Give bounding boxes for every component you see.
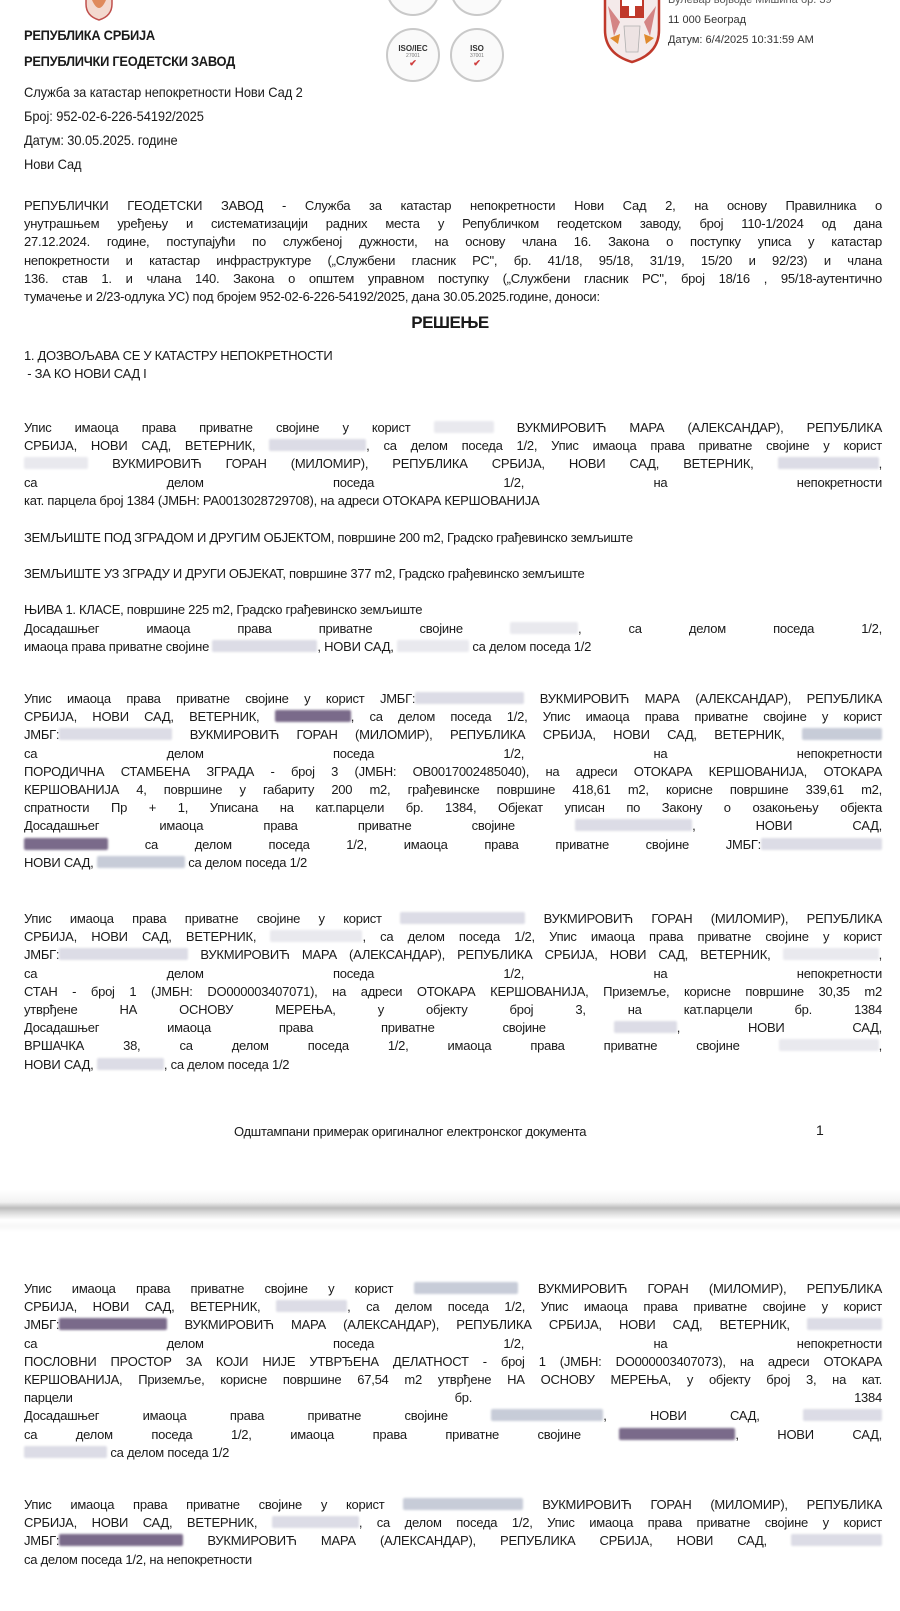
text-line: Досадашњег имаоца права приватне својине…	[24, 1407, 882, 1425]
issuer-city: 11 000 Београд	[668, 14, 746, 26]
header-service: Служба за катастар непокретности Нови Са…	[24, 84, 303, 100]
text-line: са делом поседа 1/2, имаоца права приват…	[24, 836, 882, 854]
redacted-text	[59, 1534, 183, 1546]
header-date: Датум: 30.05.2025. године	[24, 132, 178, 148]
redacted-text	[802, 728, 882, 740]
certification-badge-icon: ✔	[450, 0, 504, 16]
text-line: са делом поседа 1/2, на непокретности	[24, 965, 882, 983]
redacted-text	[400, 912, 525, 924]
text-line: СРБИЈА, НОВИ САД, ВЕТЕРНИК, , са делом п…	[24, 708, 882, 726]
text-line: ВУКМИРОВИЋ ГОРАН (МИЛОМИР), РЕПУБЛИКА СР…	[24, 455, 882, 473]
text-line: кат. парцела број 1384 (ЈМБН: PA00130287…	[24, 492, 882, 510]
redacted-text	[59, 728, 172, 740]
footer-note: Одштампани примерак оригиналног електрон…	[234, 1124, 586, 1139]
redacted-text	[59, 948, 188, 960]
text-line: Досадашњег имаоца права приватне својине…	[24, 1019, 882, 1037]
decision-line-1: 1. ДОЗВОЉАВА СЕ У КАТАСТРУ НЕПОКРЕТНОСТИ	[24, 348, 332, 363]
text-line: СТАН - број 1 (ЈМБН: DO000003407071), на…	[24, 983, 882, 1001]
redacted-text	[434, 421, 494, 433]
redacted-text	[212, 640, 317, 652]
redacted-text	[779, 1039, 879, 1051]
entry-registration-continued: Упис имаоца права приватне својине у кор…	[24, 1496, 882, 1569]
redacted-text	[778, 457, 879, 469]
redacted-text	[510, 622, 578, 634]
text-line: КЕРШОВАНИЈА, Приземље, корисне површине …	[24, 1371, 882, 1389]
redacted-text	[803, 1409, 882, 1421]
text-line: СРБИЈА, НОВИ САД, ВЕТЕРНИК, , са делом п…	[24, 1298, 882, 1316]
certification-badge-icon: ✔	[386, 0, 440, 16]
redacted-text	[783, 948, 879, 960]
text-line: КЕРШОВАНИЈА 4, површине у габариту 200 m…	[24, 781, 882, 799]
text-line: парцели бр. 1384	[24, 1389, 882, 1407]
text-line: Упис имаоца права приватне својине у кор…	[24, 690, 882, 708]
redacted-text	[275, 710, 351, 722]
redacted-text	[791, 1534, 882, 1546]
text-line: НОВИ САД, , са делом поседа 1/2	[24, 1056, 882, 1074]
redacted-text	[270, 930, 362, 942]
text-line: ПОСЛОВНИ ПРОСТОР ЗА КОЈИ НИЈЕ УТВРЂЕНА Д…	[24, 1353, 882, 1371]
header-city: Нови Сад	[24, 156, 81, 172]
redacted-text	[24, 457, 88, 469]
header-institution: РЕПУБЛИЧКИ ГЕОДЕТСКИ ЗАВОД	[24, 53, 235, 69]
text-line: 136. став 1. и члана 140. Закона о опште…	[24, 270, 882, 288]
text-line: Досадашњег имаоца права приватне својине…	[24, 620, 882, 638]
decision-line-2: - ЗА КО НОВИ САД I	[24, 366, 147, 381]
entry-registration-parcel: Упис имаоца права приватне својине у кор…	[24, 419, 882, 510]
land-item-field: ЊИВА 1. КЛАСЕ, површине 225 m2, Градско …	[24, 602, 422, 617]
text-line: непокретности и катастар инфраструктуре …	[24, 252, 882, 270]
text-line: са делом поседа 1/2, на непокретности	[24, 745, 882, 763]
redacted-text	[807, 1318, 882, 1330]
document-page-1: РЕПУБЛИКА СРБИЈА РЕПУБЛИЧКИ ГЕОДЕТСКИ ЗА…	[0, 0, 900, 1190]
text-line: са делом поседа 1/2, на непокретности	[24, 474, 882, 492]
text-line: утврђене НА ОСНОВУ МЕРЕЊА, у објекту бро…	[24, 1001, 882, 1019]
document-title: РЕШЕЊЕ	[0, 313, 900, 333]
text-line: ЈМБГ: ВУКМИРОВИЋ МАРА (АЛЕКСАНДАР), РЕПУ…	[24, 946, 882, 964]
text-line: са делом поседа 1/2, имаоца права приват…	[24, 1426, 882, 1444]
entry-registration-apartment: Упис имаоца права приватне својине у кор…	[24, 910, 882, 1074]
text-line: са делом поседа 1/2, на непокретности	[24, 1335, 882, 1353]
redacted-text	[269, 439, 366, 451]
serbian-coat-of-arms-icon	[602, 0, 662, 64]
redacted-text	[614, 1021, 677, 1033]
redacted-text	[276, 1300, 347, 1312]
text-line: Упис имаоца права приватне својине у кор…	[24, 1280, 882, 1298]
text-line: ЈМБГ: ВУКМИРОВИЋ МАРА (АЛЕКСАНДАР), РЕПУ…	[24, 1316, 882, 1334]
redacted-text	[397, 640, 469, 652]
iso-iec-badge-icon: ISO/IEC 27001 ✔	[386, 28, 440, 82]
redacted-text	[403, 1498, 523, 1510]
text-line: ЈМБГ: ВУКМИРОВИЋ МАРА (АЛЕКСАНДАР), РЕПУ…	[24, 1532, 882, 1550]
text-line: спратности Пр + 1, Уписана на кат.парцел…	[24, 799, 882, 817]
land-item-next-to-building: ЗЕМЉИШТЕ УЗ ЗГРАДУ И ДРУГИ ОБЈЕКАТ, повр…	[24, 566, 584, 581]
entry-registration-business-space: Упис имаоца права приватне својине у кор…	[24, 1280, 882, 1462]
redacted-text	[414, 1282, 518, 1294]
redacted-text	[24, 838, 108, 850]
text-line: НОВИ САД, са делом поседа 1/2	[24, 854, 882, 872]
redacted-text	[24, 1446, 107, 1458]
text-line: 27.12.2024. године, поступајући по служб…	[24, 233, 882, 251]
text-line: са делом поседа 1/2	[24, 1444, 882, 1462]
issue-timestamp: Датум: 6/4/2025 10:31:59 AM	[668, 34, 814, 46]
header-number: Број: 952-02-6-226-54192/2025	[24, 108, 204, 124]
intro-paragraph: РЕПУБЛИЧКИ ГЕОДЕТСКИ ЗАВОД - Служба за к…	[24, 197, 882, 306]
redacted-text	[491, 1409, 603, 1421]
text-line: Упис имаоца права приватне својине у кор…	[24, 910, 882, 928]
redacted-text	[59, 1318, 167, 1330]
page-separator	[0, 1190, 900, 1232]
entry-previous-owners: Досадашњег имаоца права приватне својине…	[24, 620, 882, 656]
text-line: са делом поседа 1/2, на непокретности	[24, 1551, 882, 1569]
text-line: Досадашњег имаоца права приватне својине…	[24, 817, 882, 835]
entry-registration-family-house: Упис имаоца права приватне својине у кор…	[24, 690, 882, 872]
text-line: СРБИЈА, НОВИ САД, ВЕТЕРНИК, , са делом п…	[24, 928, 882, 946]
redacted-text	[575, 819, 692, 831]
redacted-text	[619, 1428, 735, 1440]
redacted-text	[761, 838, 882, 850]
text-line: ПОРОДИЧНА СТАМБЕНА ЗГРАДА - број 3 (ЈМБН…	[24, 763, 882, 781]
text-line: ВРШАЧКА 38, са делом поседа 1/2, имаоца …	[24, 1037, 882, 1055]
text-line: Упис имаоца права приватне својине у кор…	[24, 419, 882, 437]
land-item-under-building: ЗЕМЉИШТЕ ПОД ЗГРАДОМ И ДРУГИМ ОБЈЕКТОМ, …	[24, 530, 633, 545]
redacted-text	[97, 1058, 164, 1070]
text-line: унутрашњем уређењу и систематизацији рад…	[24, 215, 882, 233]
text-line: СРБИЈА, НОВИ САД, ВЕТЕРНИК, , са делом п…	[24, 1514, 882, 1532]
redacted-text	[97, 856, 185, 868]
text-line: тумачење и 2/23-одлука УС) под бројем 95…	[24, 288, 882, 306]
header-country: РЕПУБЛИКА СРБИЈА	[24, 27, 155, 43]
document-page-2: Упис имаоца права приватне својине у кор…	[0, 1232, 900, 1611]
redacted-text	[415, 692, 524, 704]
text-line: РЕПУБЛИЧКИ ГЕОДЕТСКИ ЗАВОД - Служба за к…	[24, 197, 882, 215]
issuer-address: Булевар војводе Мишића бр. 39	[668, 0, 832, 6]
iso-badge-icon: ISO 37001 ✔	[450, 28, 504, 82]
text-line: Упис имаоца права приватне својине у кор…	[24, 1496, 882, 1514]
coat-of-arms-icon	[84, 0, 114, 22]
text-line: СРБИЈА, НОВИ САД, ВЕТЕРНИК, , са делом п…	[24, 437, 882, 455]
text-line: ЈМБГ: ВУКМИРОВИЋ ГОРАН (МИЛОМИР), РЕПУБЛ…	[24, 726, 882, 744]
page-number: 1	[816, 1122, 824, 1138]
text-line: имаоца права приватне својине , НОВИ САД…	[24, 638, 882, 656]
redacted-text	[272, 1516, 359, 1528]
